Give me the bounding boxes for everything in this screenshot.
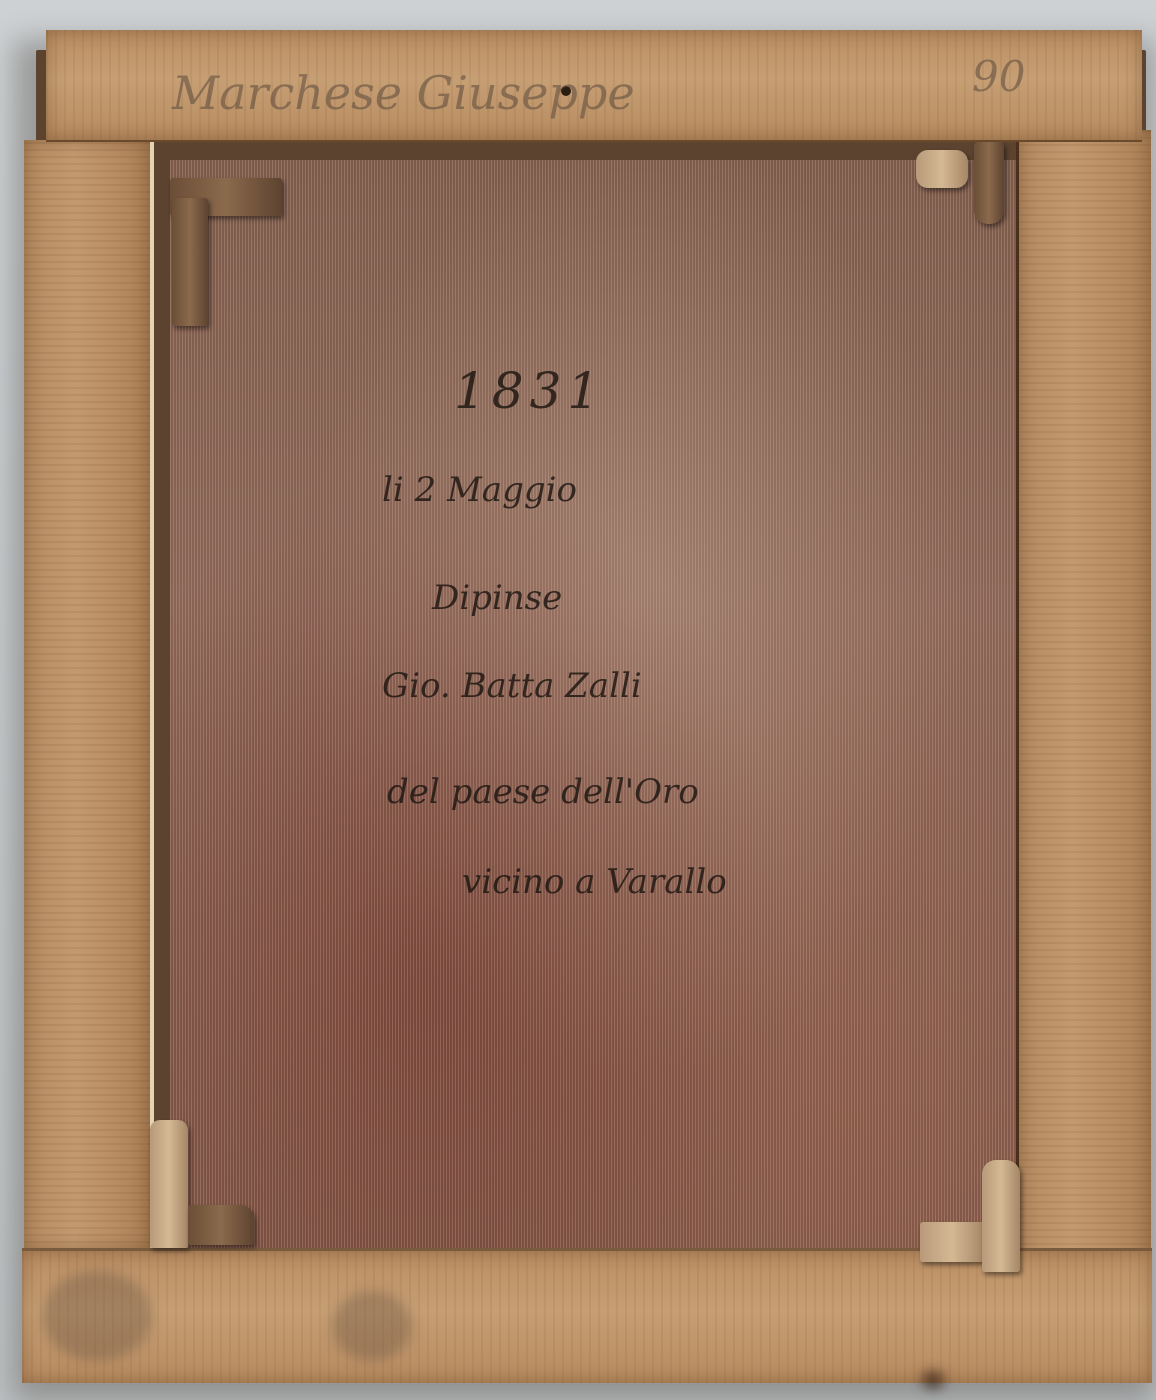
inscription-line: Dipinse xyxy=(432,578,562,618)
inscription-line: del paese dell'Oro xyxy=(387,772,699,812)
inscription-line: vicino a Varallo xyxy=(462,862,727,902)
pencil-number-inscription: 90 xyxy=(972,52,1025,101)
corner-key-bottom-right xyxy=(920,1222,984,1262)
corner-wedge-bottom-right xyxy=(982,1160,1020,1272)
stain xyxy=(42,1271,152,1361)
stain xyxy=(922,1371,944,1389)
stretcher-bar-right xyxy=(1016,130,1151,1280)
inscription-line: li 2 Maggio xyxy=(382,470,577,510)
painting-back: Marchese Giuseppe 90 1831 li 2 Maggio Di… xyxy=(22,30,1152,1390)
inscription-line: Gio. Batta Zalli xyxy=(382,666,642,706)
stain xyxy=(332,1291,412,1361)
canvas-reverse xyxy=(170,160,1018,1270)
corner-key-top-right xyxy=(916,150,968,188)
corner-wedge-bottom-left xyxy=(150,1120,188,1248)
corner-wedge-top-left xyxy=(172,198,208,326)
inscription-year: 1831 xyxy=(454,362,605,420)
stretcher-bar-left xyxy=(24,140,154,1250)
pencil-name-inscription: Marchese Giuseppe xyxy=(172,66,635,120)
corner-wedge-top-right xyxy=(974,142,1004,224)
corner-key-bottom-left xyxy=(188,1205,254,1245)
